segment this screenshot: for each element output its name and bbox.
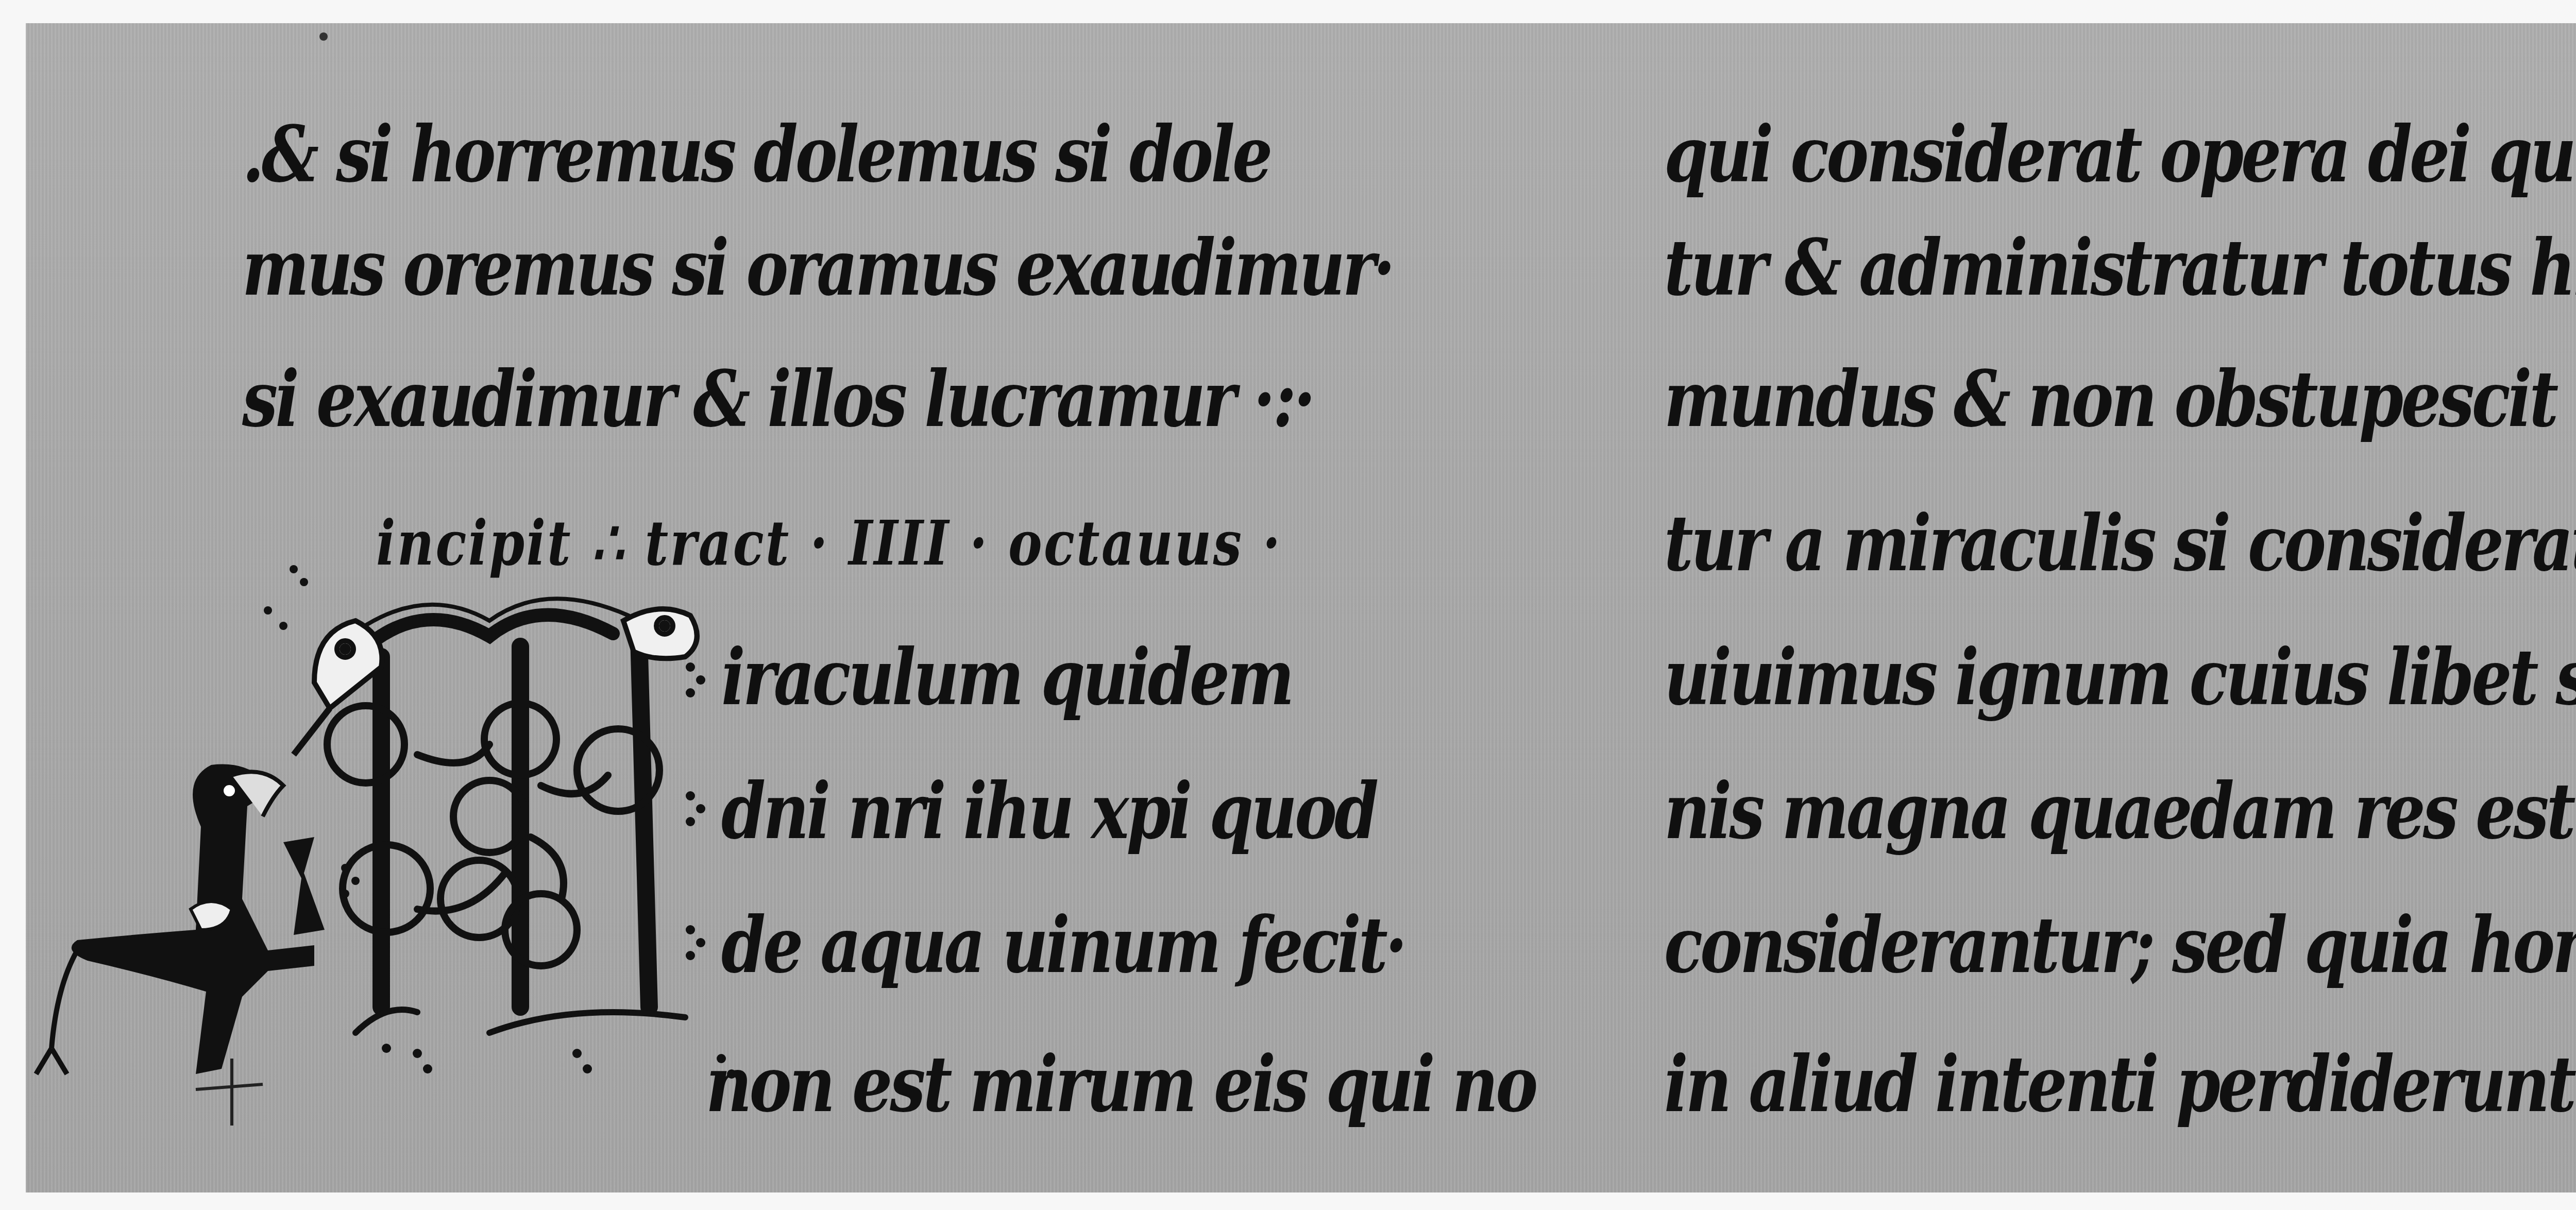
- text-line: tur a miraculis si considerat: [1664, 505, 2576, 582]
- text-line: tur & administratur totus hic: [1664, 229, 2576, 306]
- text-line: qui considerat opera dei quibus regi: [1664, 116, 2576, 193]
- text-line: non est mirum eis qui no: [706, 1046, 1535, 1123]
- beast-head-left-icon: [294, 621, 382, 755]
- text-line: de aqua uinum fecit·: [721, 907, 1405, 984]
- decorated-initial-m: [26, 23, 747, 1192]
- manuscript-leaf: .& si horremus dolemus si dole mus oremu…: [26, 23, 2576, 1192]
- text-line: iraculum quidem: [721, 639, 1292, 716]
- bird-figure-icon: [36, 764, 325, 1126]
- text-line: dni nri ihu xpi quod: [721, 773, 1376, 850]
- beast-head-right-icon: [623, 609, 697, 658]
- text-line: mundus & non obstupescit obrui: [1664, 361, 2576, 438]
- text-line: nis magna quaedam res est horrori: [1664, 773, 2576, 850]
- text-line: uiuimus ignum cuius libet seminis: [1664, 639, 2576, 716]
- text-line: in aliud intenti perdiderunt: [1664, 1046, 2574, 1123]
- text-line: considerantur; sed quia homines: [1664, 907, 2576, 984]
